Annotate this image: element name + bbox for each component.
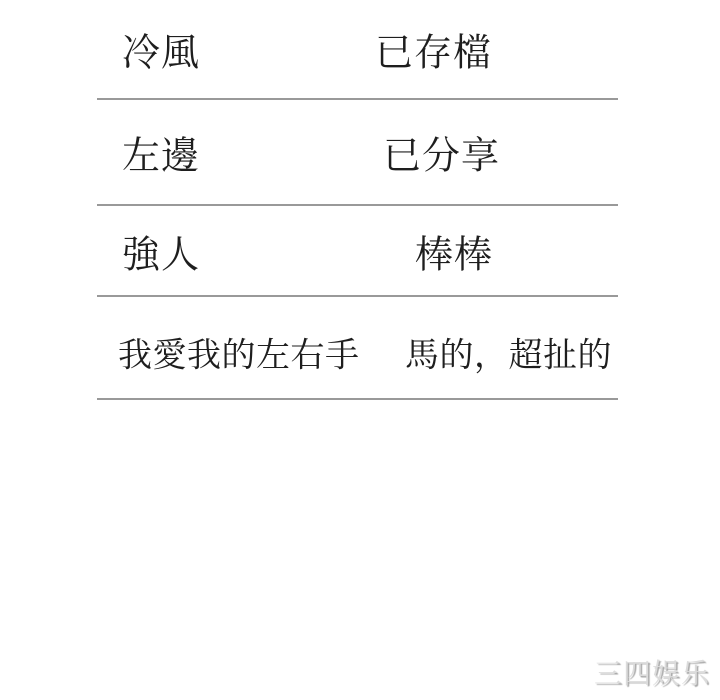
row-status: 棒棒 xyxy=(415,223,493,278)
row-name: 我愛我的左右手 xyxy=(118,327,360,376)
list-row[interactable]: 我愛我的左右手 馬的，超扯的 xyxy=(97,297,618,400)
row-status: 馬的，超扯的 xyxy=(405,327,612,376)
row-status: 已分享 xyxy=(383,125,500,180)
row-status: 已存檔 xyxy=(375,22,492,77)
list-row[interactable]: 冷風 已存檔 xyxy=(97,0,618,100)
site-watermark: 三四娱乐 xyxy=(594,652,710,692)
row-name: 強人 xyxy=(122,223,200,278)
page: { "page": { "background_color": "#ffffff… xyxy=(0,0,720,700)
list-row[interactable]: 左邊 已分享 xyxy=(97,100,618,206)
row-name: 冷風 xyxy=(122,22,200,77)
row-name: 左邊 xyxy=(122,125,200,180)
status-list: 冷風 已存檔 左邊 已分享 強人 棒棒 我愛我的左右手 馬的，超扯的 xyxy=(97,0,618,400)
list-row[interactable]: 強人 棒棒 xyxy=(97,206,618,297)
